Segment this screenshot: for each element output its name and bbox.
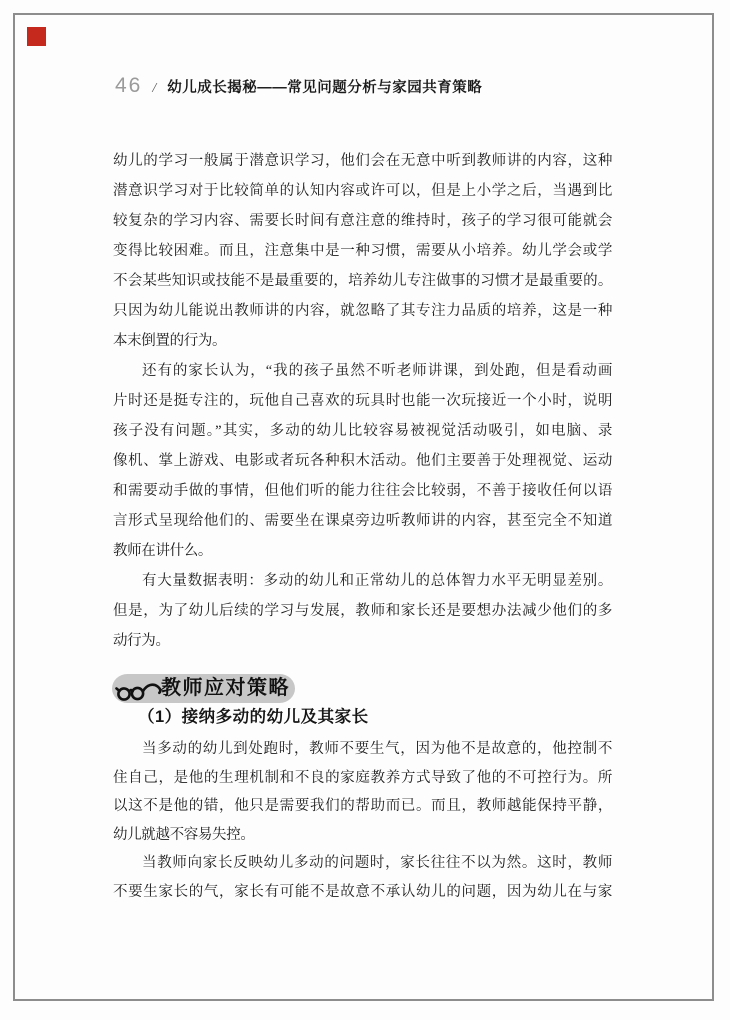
- page-header: 46 / 幼儿成长揭秘——常见问题分析与家园共育策略: [115, 74, 482, 98]
- text-line: 教师在讲什么。: [113, 536, 612, 566]
- text-line: 较复杂的学习内容、需要长时间有意注意的维持时，孩子的学习很可能就会: [113, 206, 612, 236]
- header-separator: /: [152, 81, 156, 97]
- text-line: 言形式呈现给他们的、需要坐在课桌旁边听教师讲的内容，甚至完全不知道: [113, 506, 612, 536]
- text-line: 幼儿就越不容易失控。: [113, 821, 612, 850]
- text-line: 当多动的幼儿到处跑时，教师不要生气，因为他不是故意的，他控制不: [113, 735, 612, 764]
- text-line: 但是，为了幼儿后续的学习与发展，教师和家长还是要想办法减少他们的多: [113, 596, 612, 626]
- section-heading: 教师应对策略: [113, 670, 612, 704]
- text-line: 有大量数据表明：多动的幼儿和正常幼儿的总体智力水平无明显差别。: [113, 566, 612, 596]
- red-marker-square: [27, 27, 46, 46]
- text-line: 不要生家长的气，家长有可能不是故意不承认幼儿的问题，因为幼儿在与家: [113, 878, 612, 907]
- text-line: 像机、掌上游戏、电影或者玩各种积木活动。他们主要善于处理视觉、运动: [113, 446, 612, 476]
- text-line: 本末倒置的行为。: [113, 326, 612, 356]
- subsection-heading: （1）接纳多动的幼儿及其家长: [138, 703, 369, 731]
- body-text-top: 幼儿的学习一般属于潜意识学习，他们会在无意中听到教师讲的内容，这种潜意识学习对于…: [113, 146, 612, 656]
- text-line: 和需要动手做的事情，但他们听的能力往往会比较弱，不善于接收任何以语: [113, 476, 612, 506]
- text-line: 住自己，是他的生理机制和不良的家庭教养方式导致了他的不可控行为。所: [113, 764, 612, 793]
- body-text-bottom: 当多动的幼儿到处跑时，教师不要生气，因为他不是故意的，他控制不住自己，是他的生理…: [113, 735, 612, 906]
- text-line: 只因为幼儿能说出教师讲的内容，就忽略了其专注力品质的培养，这是一种: [113, 296, 612, 326]
- text-line: 潜意识学习对于比较简单的认知内容或许可以，但是上小学之后，当遇到比: [113, 176, 612, 206]
- text-line: 变得比较困难。而且，注意集中是一种习惯，需要从小培养。幼儿学会或学: [113, 236, 612, 266]
- section-heading-label: 教师应对策略: [161, 673, 290, 703]
- book-page: 46 / 幼儿成长揭秘——常见问题分析与家园共育策略 幼儿的学习一般属于潜意识学…: [0, 0, 730, 1020]
- text-line: 片时还是挺专注的，玩他自己喜欢的玩具时也能一次玩接近一个小时，说明: [113, 386, 612, 416]
- text-line: 不会某些知识或技能不是最重要的，培养幼儿专注做事的习惯才是最重要的。: [113, 266, 612, 296]
- text-line: 孩子没有问题。”其实，多动的幼儿比较容易被视觉活动吸引，如电脑、录: [113, 416, 612, 446]
- page-number: 46: [115, 74, 142, 98]
- book-title: 幼儿成长揭秘——常见问题分析与家园共育策略: [167, 76, 482, 97]
- text-line: 当教师向家长反映幼儿多动的问题时，家长往往不以为然。这时，教师: [113, 849, 612, 878]
- glasses-icon: [114, 678, 164, 704]
- text-line: 动行为。: [113, 626, 612, 656]
- text-line: 以这不是他的错，他只是需要我们的帮助而已。而且，教师越能保持平静，: [113, 792, 612, 821]
- text-line: 还有的家长认为，“我的孩子虽然不听老师讲课，到处跑，但是看动画: [113, 356, 612, 386]
- text-line: 幼儿的学习一般属于潜意识学习，他们会在无意中听到教师讲的内容，这种: [113, 146, 612, 176]
